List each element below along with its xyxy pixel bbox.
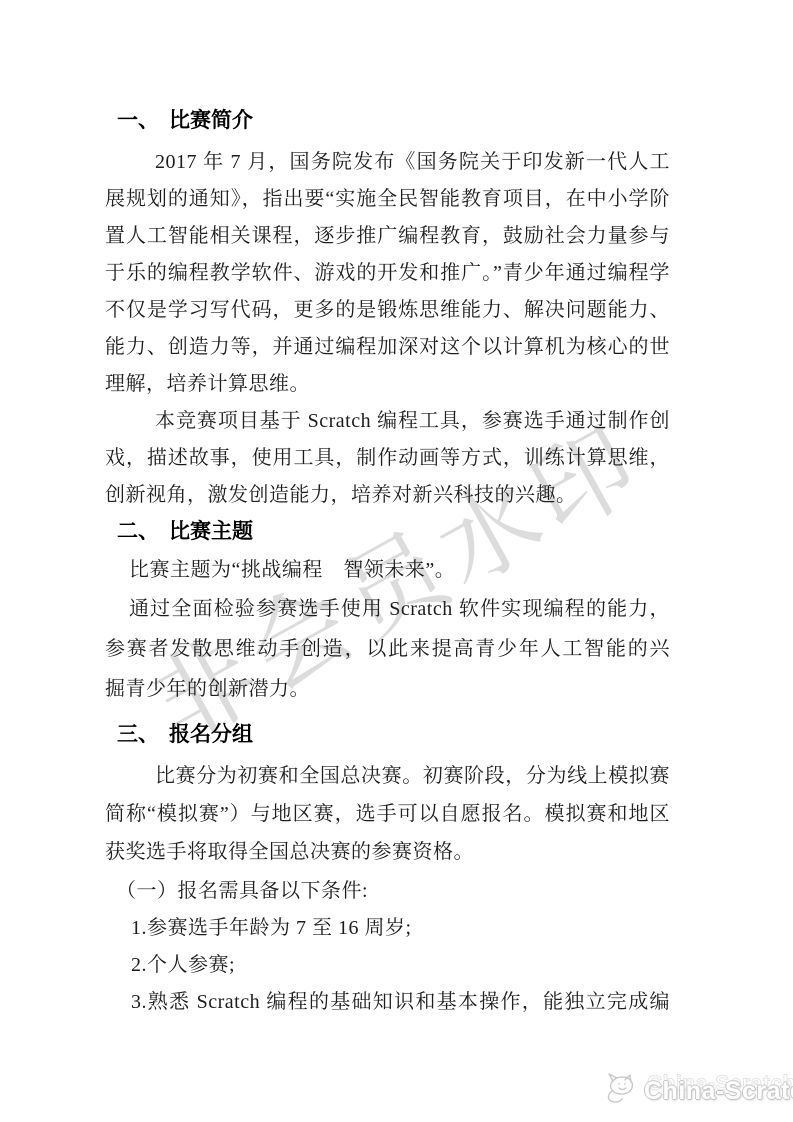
text-line: 通过全面检验参赛选手使用 Scratch 软件实现编程的能力，鼓励 <box>105 589 670 629</box>
paragraph: 2017 年 7 月，国务院发布《国务院关于印发新一代人工智能发展规划的通知》，… <box>105 144 670 403</box>
text-line: 1.参赛选手年龄为 7 至 16 周岁; <box>105 910 670 947</box>
text-line: 于乐的编程教学软件、游戏的开发和推广。”青少年通过编程学习， <box>105 255 670 292</box>
paragraph: 本竞赛项目基于 Scratch 编程工具，参赛选手通过制作创意游戏，描述故事，使… <box>105 403 670 514</box>
text-line: 3.熟悉 Scratch 编程的基础知识和基本操作，能独立完成编程作 <box>105 984 670 1021</box>
document-page: 非会员水印 一、比赛简介2017 年 7 月，国务院发布《国务院关于印发新一代人… <box>0 0 793 1122</box>
paragraph: 比赛分为初赛和全国总决赛。初赛阶段，分为线上模拟赛（以下简称“模拟赛”）与地区赛… <box>105 757 670 871</box>
heading-number: 三、 <box>117 719 169 749</box>
text-line: 参赛者发散思维动手创造，以此来提高青少年人工智能的兴趣，挖 <box>105 629 670 669</box>
text-line: 创新视角，激发创造能力，培养对新兴科技的兴趣。 <box>105 477 670 514</box>
text-line: 掘青少年的创新潜力。 <box>105 669 670 709</box>
text-line: 2.个人参赛; <box>105 947 670 984</box>
text-line: 2017 年 7 月，国务院发布《国务院关于印发新一代人工智能发 <box>105 144 670 181</box>
text-line: 不仅是学习写代码，更多的是锻炼思维能力、解决问题能力、沟通 <box>105 292 670 329</box>
heading-number: 一、 <box>117 105 169 135</box>
heading-title: 比赛简介 <box>169 108 253 132</box>
section-heading: 一、比赛简介 <box>105 105 670 135</box>
brand-logo: China-Scratch China-Scratch <box>604 1068 790 1114</box>
section-heading: 三、报名分组 <box>105 719 670 749</box>
text-line: 理解，培养计算思维。 <box>105 366 670 403</box>
text-line: 展规划的通知》，指出要“实施全民智能教育项目，在中小学阶段设 <box>105 181 670 218</box>
paragraph: 2.个人参赛; <box>105 947 670 984</box>
heading-number: 二、 <box>117 516 169 546</box>
heading-title: 报名分组 <box>169 722 253 746</box>
text-line: （一）报名需具备以下条件: <box>105 873 670 910</box>
text-line: 能力、创造力等，并通过编程加深对这个以计算机为核心的世界的 <box>105 329 670 366</box>
paragraph: 3.熟悉 Scratch 编程的基础知识和基本操作，能独立完成编程作 <box>105 984 670 1021</box>
text-line: 置人工智能相关课程，逐步推广编程教育，鼓励社会力量参与寓教 <box>105 218 670 255</box>
text-line: 简称“模拟赛”）与地区赛，选手可以自愿报名。模拟赛和地区赛的 <box>105 795 670 833</box>
text-line: 戏，描述故事，使用工具，制作动画等方式，训练计算思维，开拓 <box>105 440 670 477</box>
brand-text-wrap: China-Scratch China-Scratch <box>644 1075 790 1107</box>
paragraph: 通过全面检验参赛选手使用 Scratch 软件实现编程的能力，鼓励参赛者发散思维… <box>105 589 670 709</box>
scratch-cat-icon <box>604 1071 642 1112</box>
brand-text: China-Scratch <box>644 1075 793 1107</box>
paragraph: 1.参赛选手年龄为 7 至 16 周岁; <box>105 910 670 947</box>
text-line: 比赛分为初赛和全国总决赛。初赛阶段，分为线上模拟赛（以下 <box>105 757 670 795</box>
text-line: 获奖选手将取得全国总决赛的参赛资格。 <box>105 833 670 871</box>
heading-title: 比赛主题 <box>169 519 253 543</box>
paragraph: 比赛主题为“挑战编程 智领未来”。 <box>105 552 670 589</box>
document-content: 一、比赛简介2017 年 7 月，国务院发布《国务院关于印发新一代人工智能发展规… <box>105 105 670 1021</box>
section-heading: 二、比赛主题 <box>105 516 670 546</box>
text-line: 比赛主题为“挑战编程 智领未来”。 <box>105 552 670 589</box>
text-line: 本竞赛项目基于 Scratch 编程工具，参赛选手通过制作创意游 <box>105 403 670 440</box>
paragraph: （一）报名需具备以下条件: <box>105 873 670 910</box>
